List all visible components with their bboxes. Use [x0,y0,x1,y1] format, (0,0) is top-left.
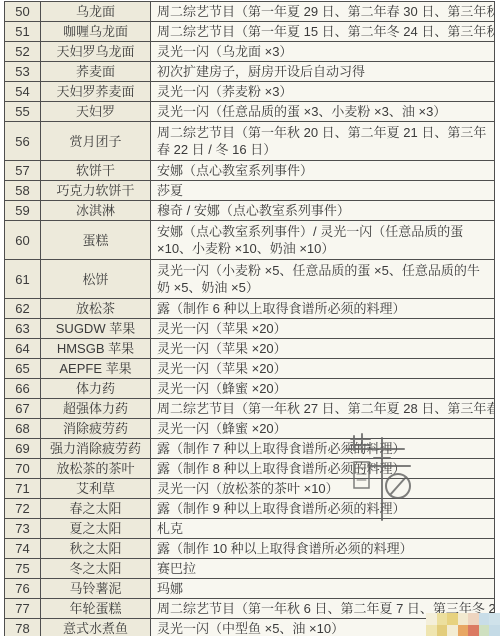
row-number-cell: 76 [5,579,41,599]
table-row: 59冰淇淋穆奇 / 安娜（点心教室系列事件） [5,201,495,221]
item-source-cell: 灵光一闪（放松茶的茶叶 ×10） [151,479,495,499]
row-number-cell: 65 [5,359,41,379]
table-row: 50乌龙面周二综艺节目（第一年夏 29 日、第二年春 30 日、第三年秋 25 … [5,2,495,22]
table-row: 60蛋糕安娜（点心教室系列事件）/ 灵光一闪（任意品质的蛋 ×10、小麦粉 ×1… [5,221,495,260]
table-row: 58巧克力软饼干莎夏 [5,181,495,201]
row-number-cell: 50 [5,2,41,22]
mosaic-row-top [426,613,500,625]
item-source-cell: 灵光一闪（荞麦粉 ×3） [151,82,495,102]
table-row: 65AEPFE 苹果灵光一闪（苹果 ×20） [5,359,495,379]
item-source-cell: 灵光一闪（小麦粉 ×5、任意品质的蛋 ×5、任意品质的牛奶 ×5、奶油 ×5） [151,260,495,299]
row-number-cell: 66 [5,379,41,399]
row-number-cell: 67 [5,399,41,419]
table-row: 76马铃薯泥玛娜 [5,579,495,599]
item-name-cell: 冰淇淋 [41,201,151,221]
row-number-cell: 61 [5,260,41,299]
table-row: 52天妇罗乌龙面灵光一闪（乌龙面 ×3） [5,42,495,62]
table-row: 72春之太阳露（制作 9 种以上取得食谱所必须的料理） [5,499,495,519]
item-name-cell: 乌龙面 [41,2,151,22]
table-row: 77年轮蛋糕周二综艺节目（第一年秋 6 日、第二年夏 7 日、第三年冬 2 日） [5,599,495,619]
row-number-cell: 73 [5,519,41,539]
item-name-cell: 年轮蛋糕 [41,599,151,619]
item-name-cell: 艾利草 [41,479,151,499]
table-row: 73夏之太阳札克 [5,519,495,539]
item-name-cell: 荞麦面 [41,62,151,82]
table-row: 64HMSGB 苹果灵光一闪（苹果 ×20） [5,339,495,359]
row-number-cell: 56 [5,122,41,161]
row-number-cell: 51 [5,22,41,42]
item-source-cell: 露（制作 9 种以上取得食谱所必须的料理） [151,499,495,519]
item-name-cell: 天妇罗乌龙面 [41,42,151,62]
recipe-table-body: 50乌龙面周二综艺节目（第一年夏 29 日、第二年春 30 日、第三年秋 25 … [5,2,495,636]
item-name-cell: 消除疲劳药 [41,419,151,439]
item-source-cell: 安娜（点心教室系列事件）/ 灵光一闪（任意品质的蛋 ×10、小麦粉 ×10、奶油… [151,221,495,260]
item-name-cell: HMSGB 苹果 [41,339,151,359]
item-source-cell: 玛娜 [151,579,495,599]
table-row: 74秋之太阳露（制作 10 种以上取得食谱所必须的料理） [5,539,495,559]
mosaic-block [437,613,448,625]
item-source-cell: 灵光一闪（苹果 ×20） [151,339,495,359]
item-name-cell: 夏之太阳 [41,519,151,539]
item-source-cell: 赛巴拉 [151,559,495,579]
item-source-cell: 灵光一闪（苹果 ×20） [151,319,495,339]
table-row: 51咖喱乌龙面周二综艺节目（第一年夏 15 日、第二年冬 24 日、第三年秋 1… [5,22,495,42]
item-source-cell: 周二综艺节目（第一年夏 15 日、第二年冬 24 日、第三年秋 11 日） [151,22,495,42]
recipe-table: 50乌龙面周二综艺节目（第一年夏 29 日、第二年春 30 日、第三年秋 25 … [4,1,495,636]
row-number-cell: 54 [5,82,41,102]
item-name-cell: 软饼干 [41,161,151,181]
item-source-cell: 露（制作 6 种以上取得食谱所必须的料理） [151,299,495,319]
mosaic-block [479,613,490,625]
row-number-cell: 70 [5,459,41,479]
table-row: 68消除疲劳药灵光一闪（蜂蜜 ×20） [5,419,495,439]
item-name-cell: 巧克力软饼干 [41,181,151,201]
row-number-cell: 59 [5,201,41,221]
item-name-cell: 体力药 [41,379,151,399]
table-row: 66体力药灵光一闪（蜂蜜 ×20） [5,379,495,399]
mosaic-row-bottom [426,625,500,636]
mosaic-block [437,625,448,636]
table-row: 62放松茶露（制作 6 种以上取得食谱所必须的料理） [5,299,495,319]
table-row: 53荞麦面初次扩建房子，厨房开设后自动习得 [5,62,495,82]
item-source-cell: 安娜（点心教室系列事件） [151,161,495,181]
row-number-cell: 75 [5,559,41,579]
table-row: 71艾利草灵光一闪（放松茶的茶叶 ×10） [5,479,495,499]
item-name-cell: 放松茶的茶叶 [41,459,151,479]
item-name-cell: AEPFE 苹果 [41,359,151,379]
item-name-cell: SUGDW 苹果 [41,319,151,339]
item-source-cell: 灵光一闪（蜂蜜 ×20） [151,419,495,439]
item-source-cell: 初次扩建房子，厨房开设后自动习得 [151,62,495,82]
mosaic-block [468,625,479,636]
mosaic-block [489,613,500,625]
item-source-cell: 灵光一闪（任意品质的蛋 ×3、小麦粉 ×3、油 ×3） [151,102,495,122]
item-name-cell: 放松茶 [41,299,151,319]
row-number-cell: 64 [5,339,41,359]
table-row: 57软饼干安娜（点心教室系列事件） [5,161,495,181]
item-name-cell: 蛋糕 [41,221,151,260]
item-source-cell: 露（制作 10 种以上取得食谱所必须的料理） [151,539,495,559]
item-source-cell: 周二综艺节目（第一年秋 27 日、第二年夏 28 日、第三年春 29 日） [151,399,495,419]
item-source-cell: 灵光一闪（蜂蜜 ×20） [151,379,495,399]
mosaic-block [447,613,458,625]
row-number-cell: 63 [5,319,41,339]
item-name-cell: 赏月团子 [41,122,151,161]
item-name-cell: 咖喱乌龙面 [41,22,151,42]
row-number-cell: 55 [5,102,41,122]
row-number-cell: 58 [5,181,41,201]
item-name-cell: 超强体力药 [41,399,151,419]
row-number-cell: 72 [5,499,41,519]
row-number-cell: 68 [5,419,41,439]
row-number-cell: 78 [5,619,41,636]
table-row: 70放松茶的茶叶露（制作 8 种以上取得食谱所必须的料理） [5,459,495,479]
item-source-cell: 露（制作 7 种以上取得食谱所必须的料理） [151,439,495,459]
item-source-cell: 莎夏 [151,181,495,201]
mosaic-block [489,625,500,636]
mosaic-block [458,613,469,625]
item-name-cell: 冬之太阳 [41,559,151,579]
row-number-cell: 74 [5,539,41,559]
item-name-cell: 天妇罗 [41,102,151,122]
item-name-cell: 马铃薯泥 [41,579,151,599]
row-number-cell: 69 [5,439,41,459]
table-row: 63SUGDW 苹果灵光一闪（苹果 ×20） [5,319,495,339]
row-number-cell: 62 [5,299,41,319]
row-number-cell: 77 [5,599,41,619]
table-row: 75冬之太阳赛巴拉 [5,559,495,579]
mosaic-block [479,625,490,636]
item-name-cell: 春之太阳 [41,499,151,519]
item-source-cell: 周二综艺节目（第一年夏 29 日、第二年春 30 日、第三年秋 25 日） [151,2,495,22]
item-source-cell: 灵光一闪（苹果 ×20） [151,359,495,379]
row-number-cell: 52 [5,42,41,62]
row-number-cell: 60 [5,221,41,260]
item-source-cell: 周二综艺节目（第一年秋 20 日、第二年夏 21 日、第三年春 22 日 / 冬… [151,122,495,161]
item-source-cell: 穆奇 / 安娜（点心教室系列事件） [151,201,495,221]
row-number-cell: 57 [5,161,41,181]
mosaic-block [426,625,437,636]
mosaic-block [468,613,479,625]
table-row: 55天妇罗灵光一闪（任意品质的蛋 ×3、小麦粉 ×3、油 ×3） [5,102,495,122]
mosaic-block [458,625,469,636]
item-source-cell: 露（制作 8 种以上取得食谱所必须的料理） [151,459,495,479]
item-source-cell: 灵光一闪（乌龙面 ×3） [151,42,495,62]
table-row: 78意式水煮鱼灵光一闪（中型鱼 ×5、油 ×10） [5,619,495,636]
item-name-cell: 强力消除疲劳药 [41,439,151,459]
table-row: 67超强体力药周二综艺节目（第一年秋 27 日、第二年夏 28 日、第三年春 2… [5,399,495,419]
table-row: 69强力消除疲劳药露（制作 7 种以上取得食谱所必须的料理） [5,439,495,459]
item-name-cell: 秋之太阳 [41,539,151,559]
row-number-cell: 71 [5,479,41,499]
table-row: 56赏月团子周二综艺节目（第一年秋 20 日、第二年夏 21 日、第三年春 22… [5,122,495,161]
mosaic-block [447,625,458,636]
item-source-cell: 札克 [151,519,495,539]
table-row: 54天妇罗荞麦面灵光一闪（荞麦粉 ×3） [5,82,495,102]
row-number-cell: 53 [5,62,41,82]
item-name-cell: 松饼 [41,260,151,299]
item-name-cell: 意式水煮鱼 [41,619,151,636]
table-row: 61松饼灵光一闪（小麦粉 ×5、任意品质的蛋 ×5、任意品质的牛奶 ×5、奶油 … [5,260,495,299]
mosaic-image-fragment [426,613,500,636]
mosaic-block [426,613,437,625]
item-name-cell: 天妇罗荞麦面 [41,82,151,102]
